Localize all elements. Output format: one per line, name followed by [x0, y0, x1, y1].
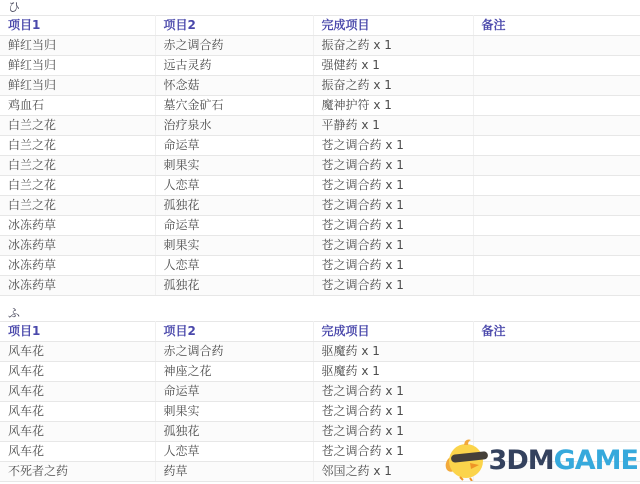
item2-cell: 孤独花 — [155, 422, 313, 442]
item2-cell: 赤之调合药 — [155, 342, 313, 362]
item2-cell: 孤独花 — [155, 276, 313, 296]
column-header: 备注 — [473, 322, 640, 342]
note-cell — [473, 196, 640, 216]
note-cell — [473, 76, 640, 96]
table-row: 风车花神座之花驱魔药 x 1 — [0, 362, 640, 382]
item1-cell: 冰冻药草 — [0, 216, 155, 236]
item1-cell: 风车花 — [0, 362, 155, 382]
table-row: 白兰之花刺果实苍之调合药 x 1 — [0, 156, 640, 176]
item1-cell: 白兰之花 — [0, 116, 155, 136]
result-cell: 苍之调合药 x 1 — [313, 236, 473, 256]
item1-cell: 不死者之药 — [0, 462, 155, 482]
result-cell: 苍之调合药 x 1 — [313, 382, 473, 402]
item2-cell: 命运草 — [155, 136, 313, 156]
result-cell: 邻国之药 x 1 — [313, 462, 473, 482]
note-cell — [473, 56, 640, 76]
item1-cell: 白兰之花 — [0, 196, 155, 216]
recipe-page: ひ 项目1项目2完成项目备注 鲜红当归赤之调合药振奋之药 x 1鲜红当归远古灵药… — [0, 0, 640, 482]
note-cell — [473, 176, 640, 196]
result-cell: 苍之调合药 x 1 — [313, 176, 473, 196]
table-row: 白兰之花治疗泉水平静药 x 1 — [0, 116, 640, 136]
result-cell: 强健药 x 1 — [313, 56, 473, 76]
item2-cell: 命运草 — [155, 216, 313, 236]
table-row: 风车花赤之调合药驱魔药 x 1 — [0, 342, 640, 362]
result-cell: 振奋之药 x 1 — [313, 36, 473, 56]
item2-cell: 治疗泉水 — [155, 116, 313, 136]
note-cell — [473, 256, 640, 276]
note-cell — [473, 342, 640, 362]
column-header: 完成项目 — [313, 16, 473, 36]
table-row: 风车花刺果实苍之调合药 x 1 — [0, 402, 640, 422]
item2-cell: 药草 — [155, 462, 313, 482]
result-cell: 苍之调合药 x 1 — [313, 422, 473, 442]
result-cell: 苍之调合药 x 1 — [313, 156, 473, 176]
table-row: 冰冻药草命运草苍之调合药 x 1 — [0, 216, 640, 236]
recipe-table-hi: 项目1项目2完成项目备注 鲜红当归赤之调合药振奋之药 x 1鲜红当归远古灵药强健… — [0, 15, 640, 296]
note-cell — [473, 216, 640, 236]
item1-cell: 冰冻药草 — [0, 276, 155, 296]
table-row: 鲜红当归怀念菇振奋之药 x 1 — [0, 76, 640, 96]
result-cell: 苍之调合药 x 1 — [313, 136, 473, 156]
column-header: 完成项目 — [313, 322, 473, 342]
item1-cell: 鲜红当归 — [0, 76, 155, 96]
result-cell: 驱魔药 x 1 — [313, 342, 473, 362]
result-cell: 苍之调合药 x 1 — [313, 402, 473, 422]
note-cell — [473, 402, 640, 422]
item1-cell: 风车花 — [0, 442, 155, 462]
table-row: 白兰之花孤独花苍之调合药 x 1 — [0, 196, 640, 216]
note-cell — [473, 116, 640, 136]
table-header-row: 项目1项目2完成项目备注 — [0, 322, 640, 342]
item2-cell: 刺果实 — [155, 402, 313, 422]
table-row: 风车花人恋草苍之调合药 x 1 — [0, 442, 640, 462]
table-row: 不死者之药药草邻国之药 x 1 — [0, 462, 640, 482]
table-row: 冰冻药草孤独花苍之调合药 x 1 — [0, 276, 640, 296]
column-header: 项目1 — [0, 322, 155, 342]
result-cell: 平静药 x 1 — [313, 116, 473, 136]
result-cell: 驱魔药 x 1 — [313, 362, 473, 382]
result-cell: 苍之调合药 x 1 — [313, 256, 473, 276]
item1-cell: 风车花 — [0, 422, 155, 442]
item1-cell: 冰冻药草 — [0, 236, 155, 256]
item1-cell: 冰冻药草 — [0, 256, 155, 276]
note-cell — [473, 236, 640, 256]
item2-cell: 人恋草 — [155, 256, 313, 276]
note-cell — [473, 382, 640, 402]
item1-cell: 白兰之花 — [0, 176, 155, 196]
note-cell — [473, 442, 640, 462]
note-cell — [473, 136, 640, 156]
table-row: 风车花孤独花苍之调合药 x 1 — [0, 422, 640, 442]
result-cell: 苍之调合药 x 1 — [313, 216, 473, 236]
item2-cell: 怀念菇 — [155, 76, 313, 96]
section-title-hi: ひ — [0, 0, 640, 15]
note-cell — [473, 422, 640, 442]
note-cell — [473, 36, 640, 56]
item2-cell: 人恋草 — [155, 442, 313, 462]
recipe-table-fu: 项目1项目2完成项目备注 风车花赤之调合药驱魔药 x 1风车花神座之花驱魔药 x… — [0, 321, 640, 482]
item2-cell: 刺果实 — [155, 236, 313, 256]
table-row: 鸡血石墓穴金矿石魔神护符 x 1 — [0, 96, 640, 116]
table-header-row: 项目1项目2完成项目备注 — [0, 16, 640, 36]
item2-cell: 刺果实 — [155, 156, 313, 176]
item1-cell: 鲜红当归 — [0, 56, 155, 76]
item1-cell: 鸡血石 — [0, 96, 155, 116]
item2-cell: 命运草 — [155, 382, 313, 402]
table-row: 鲜红当归远古灵药强健药 x 1 — [0, 56, 640, 76]
item1-cell: 白兰之花 — [0, 156, 155, 176]
item2-cell: 墓穴金矿石 — [155, 96, 313, 116]
item2-cell: 神座之花 — [155, 362, 313, 382]
result-cell: 振奋之药 x 1 — [313, 76, 473, 96]
table-row: 风车花命运草苍之调合药 x 1 — [0, 382, 640, 402]
note-cell — [473, 96, 640, 116]
table-row: 冰冻药草人恋草苍之调合药 x 1 — [0, 256, 640, 276]
item1-cell: 风车花 — [0, 342, 155, 362]
note-cell — [473, 462, 640, 482]
note-cell — [473, 276, 640, 296]
item2-cell: 孤独花 — [155, 196, 313, 216]
item1-cell: 风车花 — [0, 382, 155, 402]
column-header: 项目1 — [0, 16, 155, 36]
column-header: 备注 — [473, 16, 640, 36]
result-cell: 苍之调合药 x 1 — [313, 276, 473, 296]
item2-cell: 赤之调合药 — [155, 36, 313, 56]
note-cell — [473, 362, 640, 382]
table-row: 鲜红当归赤之调合药振奋之药 x 1 — [0, 36, 640, 56]
item1-cell: 风车花 — [0, 402, 155, 422]
result-cell: 苍之调合药 x 1 — [313, 196, 473, 216]
item1-cell: 白兰之花 — [0, 136, 155, 156]
result-cell: 魔神护符 x 1 — [313, 96, 473, 116]
table-row: 冰冻药草刺果实苍之调合药 x 1 — [0, 236, 640, 256]
column-header: 项目2 — [155, 16, 313, 36]
item2-cell: 人恋草 — [155, 176, 313, 196]
column-header: 项目2 — [155, 322, 313, 342]
table-row: 白兰之花命运草苍之调合药 x 1 — [0, 136, 640, 156]
note-cell — [473, 156, 640, 176]
item1-cell: 鲜红当归 — [0, 36, 155, 56]
table-row: 白兰之花人恋草苍之调合药 x 1 — [0, 176, 640, 196]
item2-cell: 远古灵药 — [155, 56, 313, 76]
result-cell: 苍之调合药 x 1 — [313, 442, 473, 462]
section-title-fu: ふ — [0, 306, 640, 321]
